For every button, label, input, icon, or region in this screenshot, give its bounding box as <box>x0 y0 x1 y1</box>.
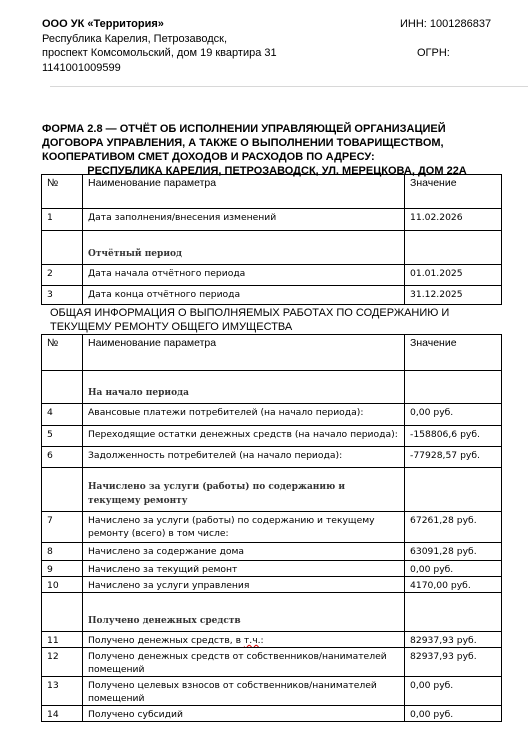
row-number: 12 <box>42 648 83 677</box>
row-number: 10 <box>42 577 83 593</box>
header-divider <box>50 86 528 87</box>
header-parameter-name: Наименование параметра <box>83 335 405 371</box>
row-number: 8 <box>42 543 83 561</box>
table-row: 8 Начислено за содержание дома 63091,28 … <box>42 543 502 561</box>
form-title-line2: ДОГОВОРА УПРАВЛЕНИЯ, А ТАКЖЕ О ВЫПОЛНЕНИ… <box>42 136 502 150</box>
table-row: 1 Дата заполнения/внесения изменений 11.… <box>42 209 502 231</box>
row-value: 11.02.2026 <box>405 209 502 231</box>
reporting-period-table: № Наименование параметра Значение 1 Дата… <box>41 174 502 305</box>
section-label: Получено денежных средств <box>88 616 241 626</box>
section-row: Получено денежных средств <box>42 593 502 632</box>
organization-block: ООО УК «Территория» Республика Карелия, … <box>42 17 277 75</box>
row-number: 13 <box>42 677 83 706</box>
row-number: 11 <box>42 632 83 648</box>
header-number: № <box>42 175 83 209</box>
works-info-table: № Наименование параметра Значение На нач… <box>41 334 502 722</box>
form-title-line1: ФОРМА 2.8 — ОТЧЁТ ОБ ИСПОЛНЕНИИ УПРАВЛЯЮ… <box>42 122 502 136</box>
table-row: 2 Дата начала отчётного периода 01.01.20… <box>42 265 502 286</box>
row-value: 01.01.2025 <box>405 265 502 286</box>
table-header-row: № Наименование параметра Значение <box>42 175 502 209</box>
section-title-line1: ОБЩАЯ ИНФОРМАЦИЯ О ВЫПОЛНЯЕМЫХ РАБОТАХ П… <box>50 306 500 320</box>
row-value: 63091,28 руб. <box>405 543 502 561</box>
organization-address-line2: проспект Комсомольский, дом 19 квартира … <box>42 46 277 61</box>
row-value: 82937,93 руб. <box>405 648 502 677</box>
table-row: 5 Переходящие остатки денежных средств (… <box>42 426 502 447</box>
table-row: 4 Авансовые платежи потребителей (на нач… <box>42 404 502 426</box>
form-title-line3: КООПЕРАТИВОМ СМЕТ ДОХОДОВ И РАСХОДОВ ПО … <box>42 150 502 164</box>
row-parameter: Получено денежных средств, в т.ч.: <box>83 632 405 648</box>
table-row: 7 Начислено за услуги (работы) по содерж… <box>42 512 502 543</box>
header-parameter-name: Наименование параметра <box>83 175 405 209</box>
table-row: 13 Получено целевых взносов от собственн… <box>42 677 502 706</box>
row-parameter: Начислено за услуги (работы) по содержан… <box>83 512 405 543</box>
section-label: На начало периода <box>88 388 189 398</box>
organization-ogrn-value: 1141001009599 <box>42 61 277 76</box>
row-value: 31.12.2025 <box>405 286 502 305</box>
row-number: 7 <box>42 512 83 543</box>
section-row: Начислено за услуги (работы) по содержан… <box>42 468 502 512</box>
row-parameter: Начислено за услуги управления <box>83 577 405 593</box>
row-parameter: Получено денежных средств от собственник… <box>83 648 405 677</box>
section-row: Отчётный период <box>42 231 502 265</box>
row-value: 0,00 руб. <box>405 706 502 722</box>
organization-inn: ИНН: 1001286837 <box>400 17 491 32</box>
row-number: 4 <box>42 404 83 426</box>
header-value: Значение <box>405 335 502 371</box>
section-row: На начало периода <box>42 371 502 404</box>
row-parameter: Авансовые платежи потребителей (на начал… <box>83 404 405 426</box>
row-number: 1 <box>42 209 83 231</box>
row-number: 2 <box>42 265 83 286</box>
organization-address-line1: Республика Карелия, Петрозаводск, <box>42 32 277 47</box>
row-parameter: Дата конца отчётного периода <box>83 286 405 305</box>
table-row: 3 Дата конца отчётного периода 31.12.202… <box>42 286 502 305</box>
row-value: -158806,6 руб. <box>405 426 502 447</box>
row-parameter: Переходящие остатки денежных средств (на… <box>83 426 405 447</box>
row-parameter: Задолженность потребителей (на начало пе… <box>83 447 405 468</box>
section-label: Отчётный период <box>88 249 182 259</box>
row-parameter: Дата начала отчётного периода <box>83 265 405 286</box>
row-value: 0,00 руб. <box>405 561 502 577</box>
form-title: ФОРМА 2.8 — ОТЧЁТ ОБ ИСПОЛНЕНИИ УПРАВЛЯЮ… <box>42 122 502 178</box>
row-value: 82937,93 руб. <box>405 632 502 648</box>
section-title: ОБЩАЯ ИНФОРМАЦИЯ О ВЫПОЛНЯЕМЫХ РАБОТАХ П… <box>50 306 500 334</box>
table-row: 10 Начислено за услуги управления 4170,0… <box>42 577 502 593</box>
section-title-line2: ТЕКУЩЕМУ РЕМОНТУ ОБЩЕГО ИМУЩЕСТВА <box>50 320 500 334</box>
row-value: 4170,00 руб. <box>405 577 502 593</box>
row-parameter: Дата заполнения/внесения изменений <box>83 209 405 231</box>
row-parameter: Получено целевых взносов от собственнико… <box>83 677 405 706</box>
row-parameter: Начислено за содержание дома <box>83 543 405 561</box>
table-row: 6 Задолженность потребителей (на начало … <box>42 447 502 468</box>
row-value: 67261,28 руб. <box>405 512 502 543</box>
row-number: 6 <box>42 447 83 468</box>
table-row: 12 Получено денежных средств от собствен… <box>42 648 502 677</box>
row-number: 9 <box>42 561 83 577</box>
header-value: Значение <box>405 175 502 209</box>
row-number: 5 <box>42 426 83 447</box>
table-row: 14 Получено субсидий 0,00 руб. <box>42 706 502 722</box>
row-value: 0,00 руб. <box>405 404 502 426</box>
organization-name: ООО УК «Территория» <box>42 17 277 32</box>
table-row: 11 Получено денежных средств, в т.ч.: 82… <box>42 632 502 648</box>
header-number: № <box>42 335 83 371</box>
row-number: 14 <box>42 706 83 722</box>
row-number: 3 <box>42 286 83 305</box>
row-value: 0,00 руб. <box>405 677 502 706</box>
table-row: 9 Начислено за текущий ремонт 0,00 руб. <box>42 561 502 577</box>
section-label: Начислено за услуги (работы) по содержан… <box>88 482 345 506</box>
row-value: -77928,57 руб. <box>405 447 502 468</box>
table-header-row: № Наименование параметра Значение <box>42 335 502 371</box>
spellcheck-underlined-text: т.ч. <box>244 635 261 646</box>
row-parameter: Получено субсидий <box>83 706 405 722</box>
row-parameter: Начислено за текущий ремонт <box>83 561 405 577</box>
organization-ogrn-label: ОГРН: <box>417 46 450 61</box>
